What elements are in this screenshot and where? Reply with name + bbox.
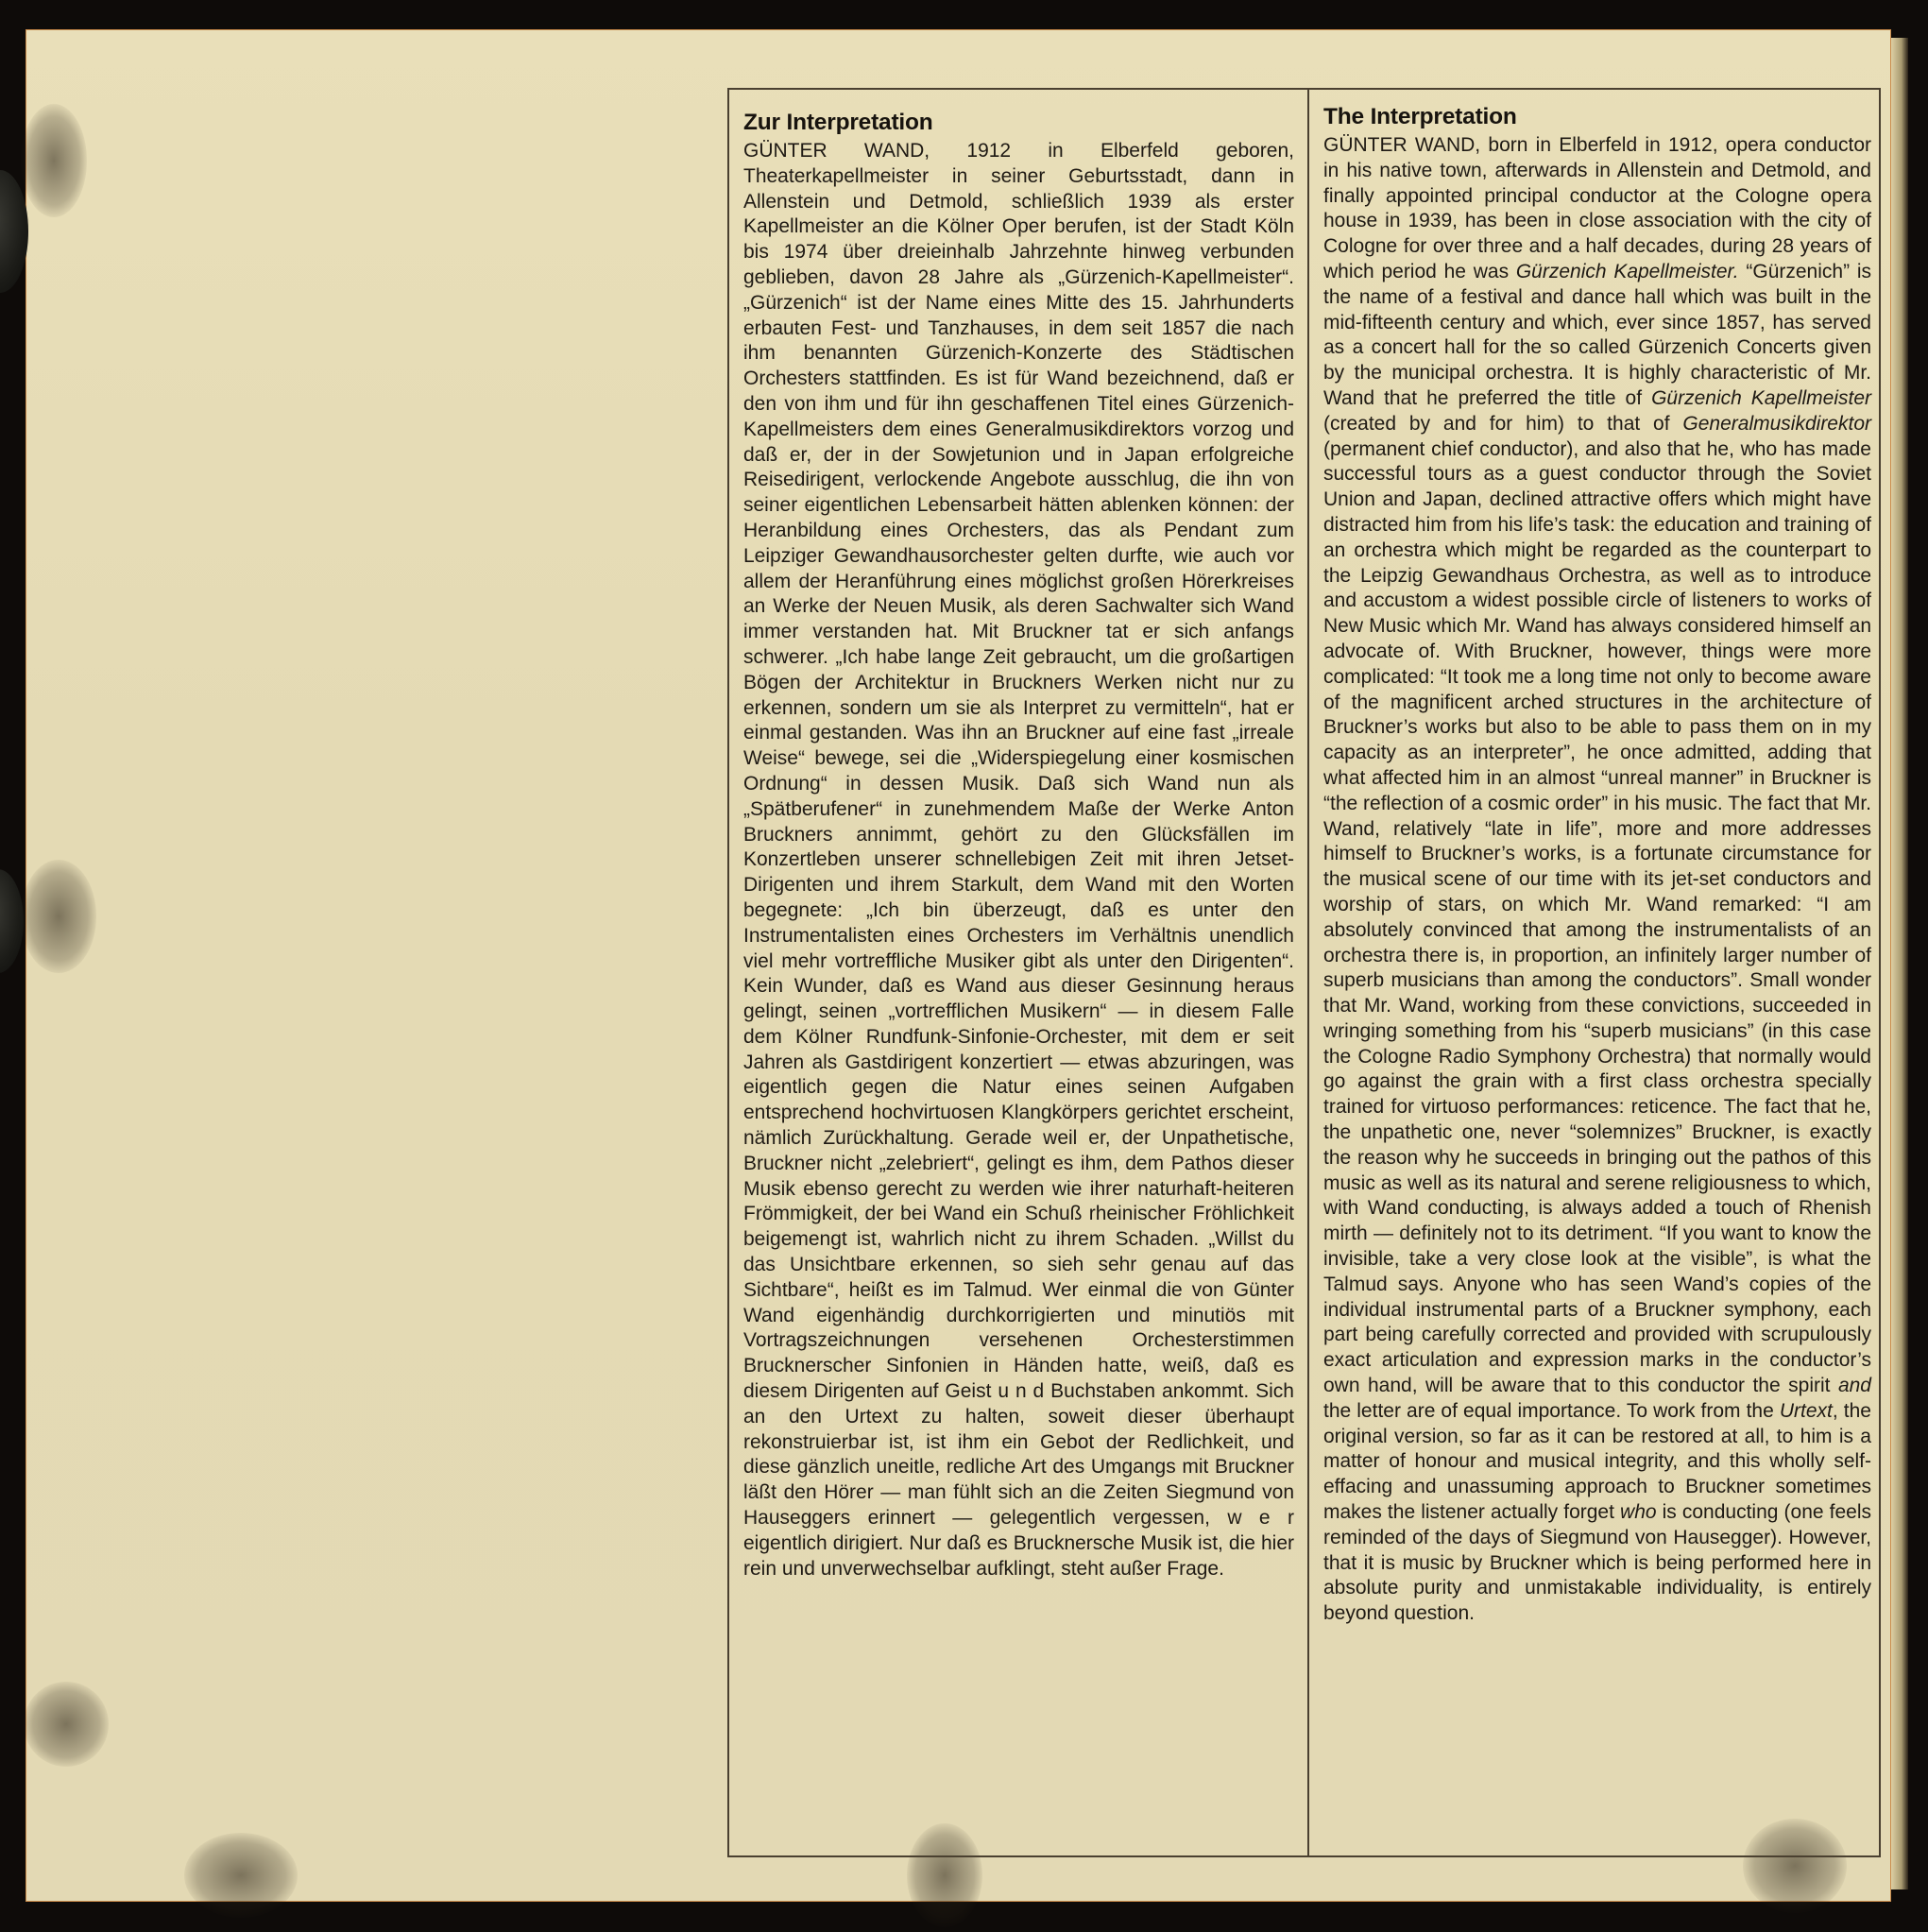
english-column: The Interpretation GÜNTER WAND, born in … (1309, 90, 1879, 1855)
german-heading: Zur Interpretation (743, 109, 1294, 137)
liner-notes-box: Zur Interpretation GÜNTER WAND, 1912 in … (727, 88, 1881, 1857)
german-body: GÜNTER WAND, 1912 in Elberfeld geboren, … (743, 139, 1294, 1582)
text-run: (created by and for him) to that of (1323, 413, 1682, 435)
clip-left-mid (0, 869, 24, 973)
german-column: Zur Interpretation GÜNTER WAND, 1912 in … (729, 90, 1309, 1855)
english-heading: The Interpretation (1323, 103, 1871, 131)
text-run: the letter are of equal importance. To w… (1323, 1400, 1780, 1422)
italic-term: and (1838, 1375, 1871, 1396)
italic-term: Urtext (1780, 1400, 1833, 1422)
text-run: (permanent chief conductor), and also th… (1323, 438, 1871, 1396)
italic-term: Gürzenich Kapellmeister. (1516, 261, 1739, 282)
english-body: GÜNTER WAND, born in Elberfeld in 1912, … (1323, 133, 1871, 1627)
italic-term: who (1620, 1501, 1657, 1523)
italic-term: Generalmusikdirektor (1682, 413, 1871, 435)
finger-shadow-left-bottom (24, 1682, 109, 1767)
clip-left-top (0, 170, 28, 293)
italic-term: Gürzenich Kapellmeister (1651, 387, 1871, 409)
finger-shadow-left-mid (21, 860, 96, 973)
cover-spine-edge (1891, 38, 1908, 1889)
finger-shadow-bottom-mid (184, 1833, 298, 1918)
finger-shadow-left-top (21, 104, 87, 217)
